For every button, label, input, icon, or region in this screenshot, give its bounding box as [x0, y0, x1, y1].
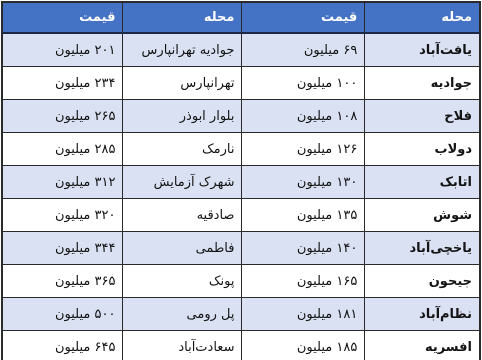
header-price-left: قیمت	[2, 2, 123, 33]
price-cell-right: ۱۰۰ میلیون	[242, 67, 365, 100]
price-cell-left: ۵۰۰ میلیون	[2, 298, 123, 331]
table-row: افسریه ۱۸۵ میلیون سعادت‌آباد ۶۴۵ میلیون	[2, 331, 480, 360]
neighborhood-cell-left: بلوار ابوذر	[123, 100, 242, 133]
neighborhood-cell-right: نظام‌آباد	[365, 298, 480, 331]
price-cell-right: ۱۸۱ میلیون	[242, 298, 365, 331]
table-row: نظام‌آباد ۱۸۱ میلیون پل رومی ۵۰۰ میلیون	[2, 298, 480, 331]
neighborhood-cell-right: فلاح	[365, 100, 480, 133]
table-row: شوش ۱۳۵ میلیون صادقیه ۳۲۰ میلیون	[2, 199, 480, 232]
table-row: یاخچی‌آباد ۱۴۰ میلیون فاطمی ۳۴۴ میلیون	[2, 232, 480, 265]
price-cell-left: ۳۲۰ میلیون	[2, 199, 123, 232]
table-row: فلاح ۱۰۸ میلیون بلوار ابوذر ۲۶۵ میلیون	[2, 100, 480, 133]
table-row: اتابک ۱۳۰ میلیون شهرک آزمایش ۳۱۲ میلیون	[2, 166, 480, 199]
table-row: یافت‌آباد ۶۹ میلیون جوادیه تهرانپارس ۲۰۱…	[2, 33, 480, 67]
header-price-right: قیمت	[242, 2, 365, 33]
price-cell-right: ۶۹ میلیون	[242, 33, 365, 67]
neighborhood-cell-right: شوش	[365, 199, 480, 232]
neighborhood-cell-right: یافت‌آباد	[365, 33, 480, 67]
neighborhood-cell-left: تهرانپارس	[123, 67, 242, 100]
header-neighborhood-left: محله	[123, 2, 242, 33]
page: محله قیمت محله قیمت یافت‌آباد ۶۹ میلیون …	[0, 0, 482, 360]
neighborhood-cell-right: یاخچی‌آباد	[365, 232, 480, 265]
neighborhood-price-table: محله قیمت محله قیمت یافت‌آباد ۶۹ میلیون …	[1, 1, 481, 360]
neighborhood-cell-left: سعادت‌آباد	[123, 331, 242, 360]
price-cell-left: ۳۱۲ میلیون	[2, 166, 123, 199]
table-header: محله قیمت محله قیمت	[2, 2, 480, 33]
table-row: دولاب ۱۲۶ میلیون نارمک ۲۸۵ میلیون	[2, 133, 480, 166]
neighborhood-cell-left: جوادیه تهرانپارس	[123, 33, 242, 67]
neighborhood-cell-left: نارمک	[123, 133, 242, 166]
price-cell-left: ۳۴۴ میلیون	[2, 232, 123, 265]
neighborhood-cell-right: جیحون	[365, 265, 480, 298]
neighborhood-cell-right: جوادیه	[365, 67, 480, 100]
table-row: جوادیه ۱۰۰ میلیون تهرانپارس ۲۳۴ میلیون	[2, 67, 480, 100]
price-cell-left: ۲۶۵ میلیون	[2, 100, 123, 133]
price-cell-right: ۱۸۵ میلیون	[242, 331, 365, 360]
table-row: جیحون ۱۶۵ میلیون پونک ۳۶۵ میلیون	[2, 265, 480, 298]
neighborhood-cell-left: شهرک آزمایش	[123, 166, 242, 199]
table-body: یافت‌آباد ۶۹ میلیون جوادیه تهرانپارس ۲۰۱…	[2, 33, 480, 360]
price-cell-left: ۲۳۴ میلیون	[2, 67, 123, 100]
price-cell-left: ۳۶۵ میلیون	[2, 265, 123, 298]
neighborhood-cell-right: افسریه	[365, 331, 480, 360]
neighborhood-cell-right: دولاب	[365, 133, 480, 166]
price-cell-right: ۱۴۰ میلیون	[242, 232, 365, 265]
header-neighborhood-right: محله	[365, 2, 480, 33]
header-row: محله قیمت محله قیمت	[2, 2, 480, 33]
neighborhood-cell-right: اتابک	[365, 166, 480, 199]
neighborhood-cell-left: فاطمی	[123, 232, 242, 265]
price-cell-left: ۲۰۱ میلیون	[2, 33, 123, 67]
price-cell-right: ۱۳۵ میلیون	[242, 199, 365, 232]
price-cell-left: ۲۸۵ میلیون	[2, 133, 123, 166]
price-cell-right: ۱۲۶ میلیون	[242, 133, 365, 166]
price-cell-left: ۶۴۵ میلیون	[2, 331, 123, 360]
neighborhood-cell-left: پل رومی	[123, 298, 242, 331]
price-cell-right: ۱۶۵ میلیون	[242, 265, 365, 298]
price-cell-right: ۱۰۸ میلیون	[242, 100, 365, 133]
neighborhood-cell-left: صادقیه	[123, 199, 242, 232]
neighborhood-cell-left: پونک	[123, 265, 242, 298]
price-cell-right: ۱۳۰ میلیون	[242, 166, 365, 199]
